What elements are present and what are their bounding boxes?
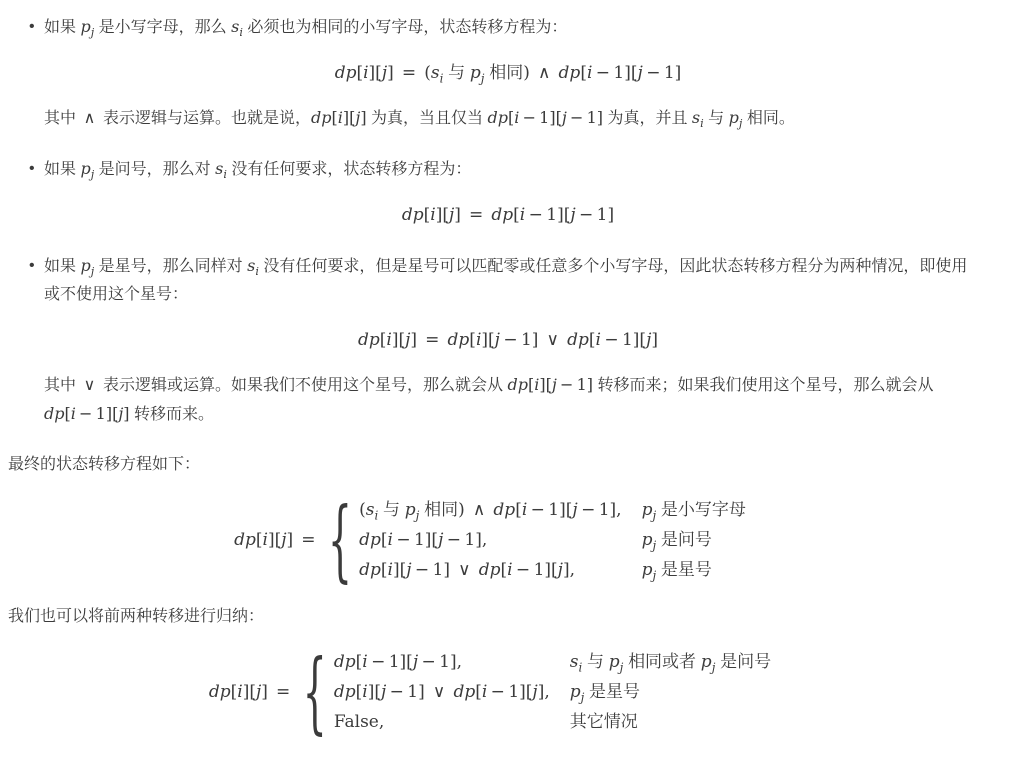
case-cond: pj 是问号 bbox=[642, 525, 746, 555]
cases-brace: { bbox=[303, 647, 327, 736]
final-formula-intro: 最终的状态转移方程如下： bbox=[8, 451, 972, 479]
bullet-question-case: 如果 pj 是问号，那么对 si 没有任何要求，状态转移方程为： dp[i][j… bbox=[44, 155, 972, 230]
bullet-star-lead: 如果 pj 是星号，那么同样对 si 没有任何要求，但是星号可以匹配零或任意多个… bbox=[44, 252, 972, 309]
case-expr: dp[i][j−1] ∨ dp[i−1][j], bbox=[359, 555, 621, 585]
generalized-formula-cases: dp[i−1][j−1], si 与 pj 相同或者 pj 是问号 dp[i][… bbox=[334, 647, 771, 737]
final-formula-lhs: dp[i][j] = bbox=[234, 525, 319, 555]
formula-star: dp[i][j] = dp[i][j−1] ∨ dp[i−1][j] bbox=[44, 325, 972, 355]
case-expr: dp[i][j−1] ∨ dp[i−1][j], bbox=[334, 677, 550, 707]
case-cond: pj 是小写字母 bbox=[642, 495, 746, 525]
bullet-lowercase-lead: 如果 pj 是小写字母，那么 si 必须也为相同的小写字母，状态转移方程为： bbox=[44, 13, 972, 42]
bullet-star-note: 其中 ∨ 表示逻辑或运算。如果我们不使用这个星号，那么就会从 dp[i][j−1… bbox=[44, 371, 972, 429]
bullet-star-case: 如果 pj 是星号，那么同样对 si 没有任何要求，但是星号可以匹配零或任意多个… bbox=[44, 252, 972, 429]
solution-article: 如果 pj 是小写字母，那么 si 必须也为相同的小写字母，状态转移方程为： d… bbox=[0, 0, 1018, 765]
case-expr: (si 与 pj 相同) ∧ dp[i−1][j−1], bbox=[359, 495, 621, 525]
generalized-transition-formula: dp[i][j] = { dp[i−1][j−1], si 与 pj 相同或者 … bbox=[8, 647, 972, 737]
case-expr: dp[i−1][j−1], bbox=[359, 525, 621, 555]
bullet-lowercase-note: 其中 ∧ 表示逻辑与运算。也就是说，dp[i][j] 为真，当且仅当 dp[i−… bbox=[44, 104, 972, 133]
final-transition-formula: dp[i][j] = { (si 与 pj 相同) ∧ dp[i−1][j−1]… bbox=[8, 495, 972, 585]
case-cond: si 与 pj 相同或者 pj 是问号 bbox=[570, 647, 771, 677]
formula-question: dp[i][j] = dp[i−1][j−1] bbox=[44, 200, 972, 230]
cases-brace: { bbox=[328, 495, 352, 584]
case-cond: 其它情况 bbox=[570, 707, 771, 737]
generalized-formula-lhs: dp[i][j] = bbox=[209, 677, 294, 707]
formula-lowercase: dp[i][j] = (si 与 pj 相同) ∧ dp[i−1][j−1] bbox=[44, 58, 972, 88]
case-cond: pj 是星号 bbox=[642, 555, 746, 585]
bullet-question-lead: 如果 pj 是问号，那么对 si 没有任何要求，状态转移方程为： bbox=[44, 155, 972, 184]
final-formula-cases: (si 与 pj 相同) ∧ dp[i−1][j−1], pj 是小写字母 dp… bbox=[359, 495, 746, 585]
case-expr: False, bbox=[334, 707, 550, 737]
generalized-formula-intro: 我们也可以将前两种转移进行归纳： bbox=[8, 603, 972, 631]
bullet-lowercase-case: 如果 pj 是小写字母，那么 si 必须也为相同的小写字母，状态转移方程为： d… bbox=[44, 13, 972, 133]
transition-bullet-list: 如果 pj 是小写字母，那么 si 必须也为相同的小写字母，状态转移方程为： d… bbox=[8, 13, 972, 429]
case-cond: pj 是星号 bbox=[570, 677, 771, 707]
case-expr: dp[i−1][j−1], bbox=[334, 647, 550, 677]
